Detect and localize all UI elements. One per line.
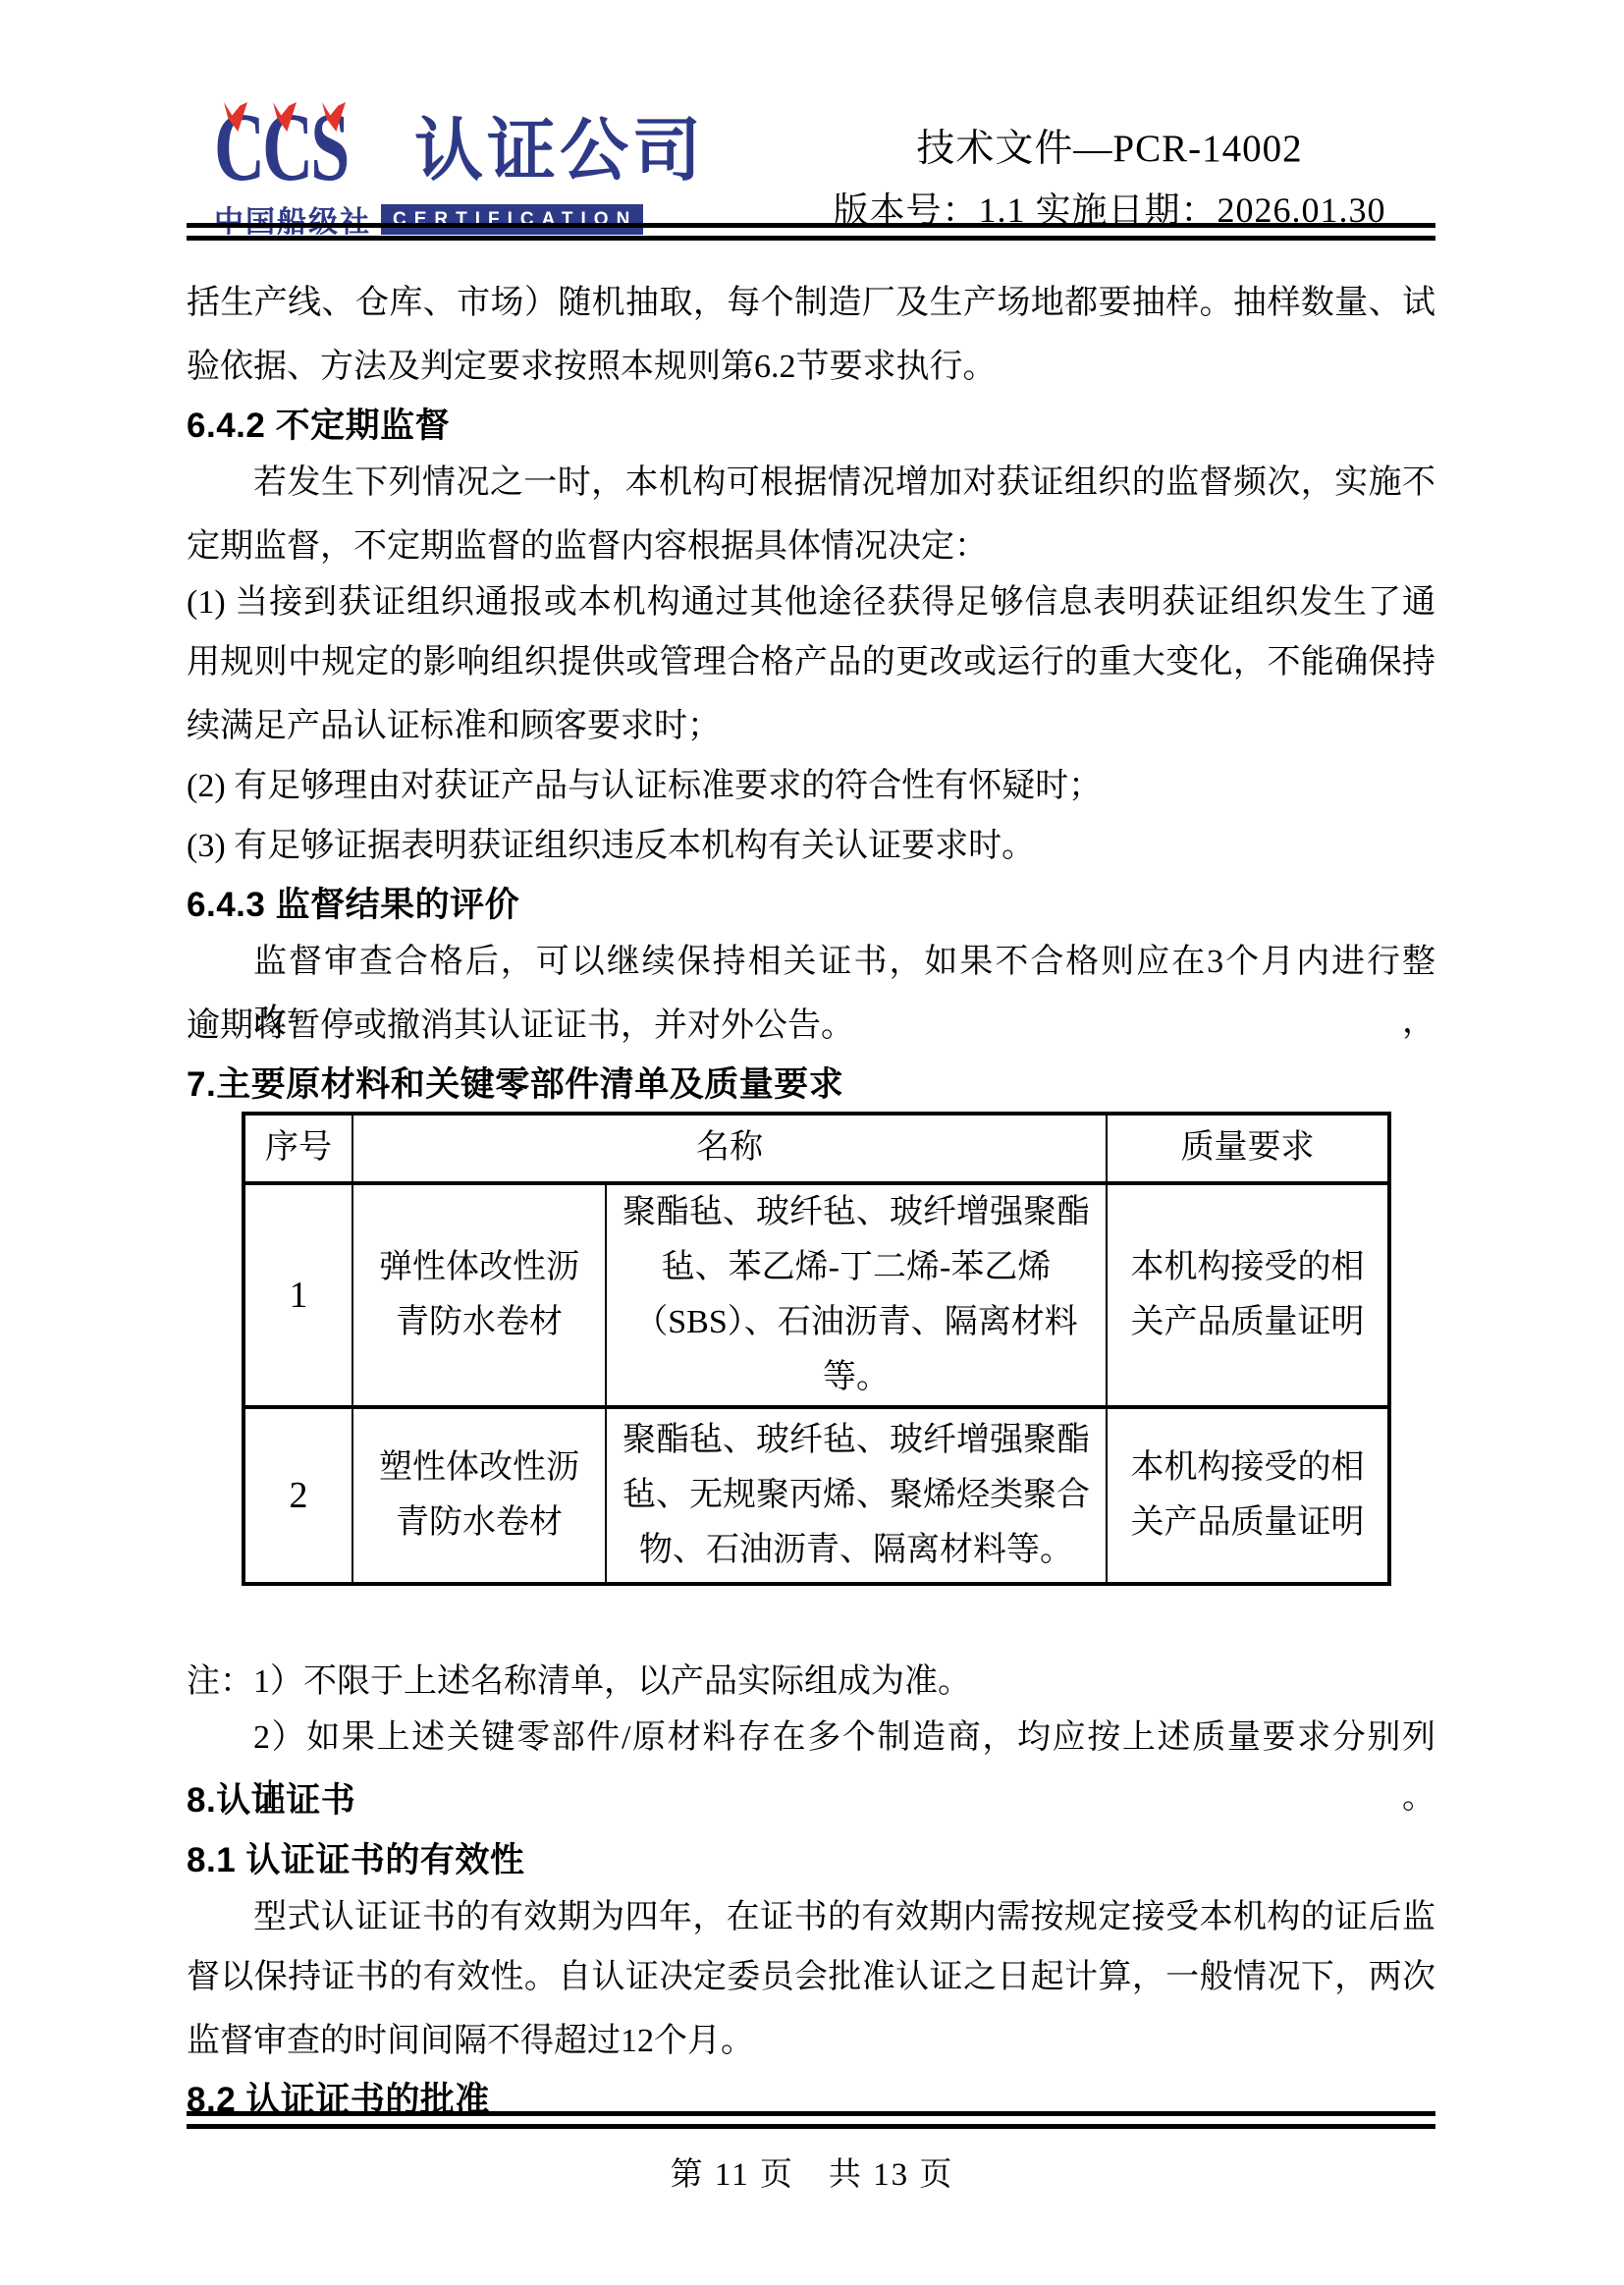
section-heading: 6.4.2 不定期监督 xyxy=(187,393,1435,453)
document-meta: 技术文件—PCR-14002 版本号：1.1 实施日期：2026.01.30 xyxy=(785,118,1434,233)
cell-material-category: 塑性体改性沥青防水卷材 xyxy=(352,1407,606,1584)
column-header-requirement: 质量要求 xyxy=(1107,1114,1389,1183)
body-text-line: 监督审查合格后，可以继续保持相关证书，如果不合格则应在3个月内进行整改， xyxy=(187,932,1435,992)
body-text-line: 验依据、方法及判定要求按照本规则第6.2节要求执行。 xyxy=(187,333,1435,393)
body-text-block: 注：1）不限于上述名称清单，以产品实际组成为准。2）如果上述关键零部件/原材料存… xyxy=(187,1648,1435,2127)
document-title: 技术文件—PCR-14002 xyxy=(785,118,1434,173)
cell-components: 聚酯毡、玻纤毡、玻纤增强聚酯毡、苯乙烯-丁二烯-苯乙烯（SBS）、石油沥青、隔离… xyxy=(606,1183,1107,1407)
table-row: 2 塑性体改性沥青防水卷材 聚酯毡、玻纤毡、玻纤增强聚酯毡、无规聚丙烯、聚烯烃类… xyxy=(244,1407,1389,1584)
body-text-line: (3) 有足够证据表明获证组织违反本机构有关认证要求时。 xyxy=(187,812,1435,872)
body-text-line: 督以保持证书的有效性。自认证决定委员会批准认证之日起计算，一般情况下，两次 xyxy=(187,1947,1435,2007)
column-header-no: 序号 xyxy=(244,1114,352,1183)
ccs-letters-wrap: CCS xyxy=(214,108,399,189)
cell-row-number: 1 xyxy=(244,1183,352,1407)
body-text-line: 监督审查的时间间隔不得超过12个月。 xyxy=(187,2007,1435,2067)
footer-double-rule xyxy=(187,2111,1435,2129)
cell-components: 聚酯毡、玻纤毡、玻纤增强聚酯毡、无规聚丙烯、聚烯烃类聚合物、石油沥青、隔离材料等… xyxy=(606,1407,1107,1584)
logo-top-row: CCS 认证公司 xyxy=(214,108,705,189)
materials-table: 序号 名称 质量要求 1 弹性体改性沥青防水卷材 聚酯毡、玻纤毡、玻纤增强聚酯毡… xyxy=(242,1112,1391,1586)
ccs-logo: CCS 认证公司 中国船级社 CERTIFICATION xyxy=(214,108,705,241)
body-text-line: 续满足产品认证标准和顾客要求时； xyxy=(187,692,1435,752)
cell-row-number: 2 xyxy=(244,1407,352,1584)
body-text-line: (2) 有足够理由对获证产品与认证标准要求的符合性有怀疑时； xyxy=(187,752,1435,812)
body-text-line: (1) 当接到获证组织通报或本机构通过其他途径获得足够信息表明获证组织发生了通 xyxy=(187,572,1435,632)
body-text-line: 2）如果上述关键零部件/原材料存在多个制造商，均应按上述质量要求分别列出。 xyxy=(187,1708,1435,1768)
body-text-line: 型式认证证书的有效期为四年，在证书的有效期内需按规定接受本机构的证后监 xyxy=(187,1887,1435,1947)
header-double-rule xyxy=(187,223,1435,241)
logo-company-name: 认证公司 xyxy=(414,116,705,185)
page-number: 第 11 页 共 13 页 xyxy=(0,2149,1624,2195)
document-body: 括生产线、仓库、市场）随机抽取，每个制造厂及生产场地都要抽样。抽样数量、试验依据… xyxy=(187,273,1435,2127)
body-text-line: 注：1）不限于上述名称清单，以产品实际组成为准。 xyxy=(187,1648,1435,1708)
table-header-row: 序号 名称 质量要求 xyxy=(244,1114,1389,1183)
document-page: CCS 认证公司 中国船级社 CERTIFICATION 技术文件—PCR-14… xyxy=(0,0,1624,2285)
cell-quality-requirement: 本机构接受的相关产品质量证明 xyxy=(1107,1183,1389,1407)
body-text-line: 括生产线、仓库、市场）随机抽取，每个制造厂及生产场地都要抽样。抽样数量、试 xyxy=(187,273,1435,333)
table-row: 1 弹性体改性沥青防水卷材 聚酯毡、玻纤毡、玻纤增强聚酯毡、苯乙烯-丁二烯-苯乙… xyxy=(244,1183,1389,1407)
section-heading: 7.主要原材料和关键零部件清单及质量要求 xyxy=(187,1052,1435,1112)
body-text-block: 括生产线、仓库、市场）随机抽取，每个制造厂及生产场地都要抽样。抽样数量、试验依据… xyxy=(187,273,1435,1112)
column-header-name: 名称 xyxy=(352,1114,1107,1183)
body-text-line: 定期监督，不定期监督的监督内容根据具体情况决定： xyxy=(187,513,1435,572)
section-heading: 6.4.3 监督结果的评价 xyxy=(187,872,1435,932)
body-text-line: 若发生下列情况之一时，本机构可根据情况增加对获证组织的监督频次，实施不 xyxy=(187,453,1435,513)
body-text-line: 用规则中规定的影响组织提供或管理合格产品的更改或运行的重大变化，不能确保持 xyxy=(187,632,1435,692)
section-heading: 8.1 认证证书的有效性 xyxy=(187,1827,1435,1887)
cell-quality-requirement: 本机构接受的相关产品质量证明 xyxy=(1107,1407,1389,1584)
cell-material-category: 弹性体改性沥青防水卷材 xyxy=(352,1183,606,1407)
